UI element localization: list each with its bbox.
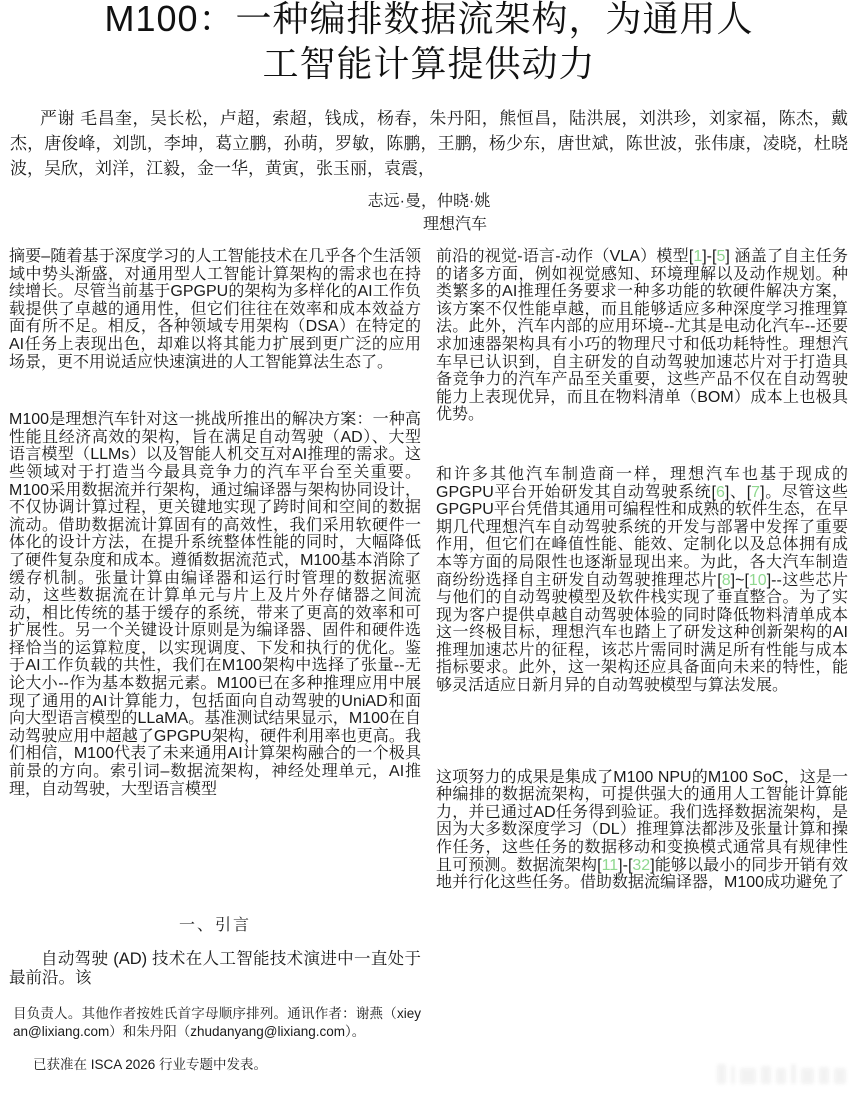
citation-ref[interactable]: [7] xyxy=(747,484,765,501)
citation-ref[interactable]: [5] xyxy=(712,248,730,265)
authors-line: 严谢 毛昌奎，吴长松，卢超，索超，钱成，杨春，朱丹阳，熊恒昌，陆洪展，刘洪珍，刘… xyxy=(0,106,858,181)
citation-ref[interactable]: [10] xyxy=(744,572,771,589)
footnote-corresponding-authors: 目负责人。其他作者按姓氏首字母顺序排列。通讯作者：谢燕（xieyan@lixia… xyxy=(9,1005,421,1041)
watermark xyxy=(717,1058,846,1084)
citation-ref[interactable]: [32] xyxy=(628,857,655,874)
footnote-publication: 已获准在 ISCA 2026 行业专题中发表。 xyxy=(9,1056,421,1074)
introduction-paragraph: 自动驾驶 (AD) 技术在人工智能技术演进中一直处于最前沿。该 xyxy=(9,950,421,987)
affiliation: 理想汽车 xyxy=(26,215,858,235)
citation-ref[interactable]: [8] xyxy=(717,572,735,589)
paper-page: M100：一种编排数据流架构，为通用人工智能计算提供动力 严谢 毛昌奎，吴长松，… xyxy=(0,0,858,1094)
paragraph-m100-soc: 这项努力的成果是集成了M100 NPU的M100 SoC，这是一种编排的数据流架… xyxy=(436,769,848,892)
citation-ref[interactable]: [6] xyxy=(712,484,730,501)
citation-ref[interactable]: [11] xyxy=(597,857,623,874)
left-column: 摘要–随着基于深度学习的人工智能技术在几乎各个生活领域中势头渐盛，对通用型人工智… xyxy=(9,248,421,1074)
paragraph-vla-models: 前沿的视觉-语言-动作（VLA）模型[1]-[5] 涵盖了自主任务的诸多方面，例… xyxy=(436,248,848,424)
page-title: M100：一种编排数据流架构，为通用人工智能计算提供动力 xyxy=(89,0,769,86)
section-heading-introduction: 一、引言 xyxy=(9,916,421,936)
two-column-body: 摘要–随着基于深度学习的人工智能技术在几乎各个生活领域中势头渐盛，对通用型人工智… xyxy=(0,248,858,1074)
citation-ref[interactable]: [1] xyxy=(689,248,707,265)
abstract-paragraph-2: M100是理想汽车针对这一挑战所推出的解决方案：一种高性能且经济高效的架构，旨在… xyxy=(9,411,421,798)
right-column: 前沿的视觉-语言-动作（VLA）模型[1]-[5] 涵盖了自主任务的诸多方面，例… xyxy=(436,248,848,1074)
abstract-paragraph-1: 摘要–随着基于深度学习的人工智能技术在几乎各个生活领域中势头渐盛，对通用型人工智… xyxy=(9,248,421,371)
paragraph-gpgpu-platforms: 和许多其他汽车制造商一样，理想汽车也基于现成的GPGPU平台开始研发其自动驾驶系… xyxy=(436,466,848,695)
advisors-line: 志远·曼，仲晓·姚 xyxy=(0,192,858,212)
